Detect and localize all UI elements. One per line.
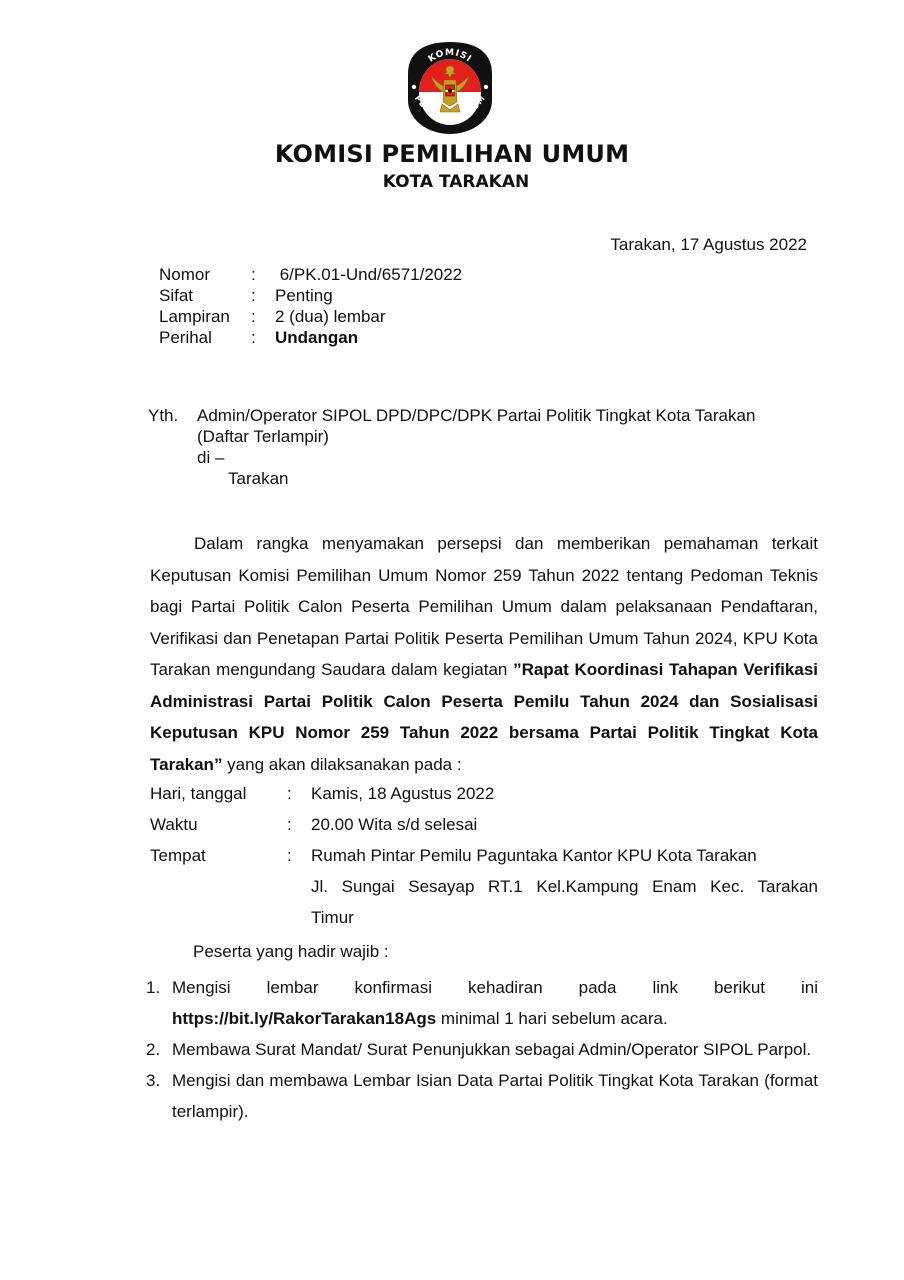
- address-di: di –: [197, 447, 755, 468]
- meta-label: Perihal: [159, 327, 251, 348]
- body-text-closing: yang akan dilaksanakan pada :: [222, 755, 461, 774]
- requirements-intro: Peserta yang hadir wajib :: [193, 942, 389, 962]
- org-title: KOMISI PEMILIHAN UMUM: [0, 140, 904, 168]
- schedule-label: Hari, tanggal: [150, 778, 287, 809]
- schedule-value: Rumah Pintar Pemilu Paguntaka Kantor KPU…: [311, 840, 818, 933]
- schedule-label: Waktu: [150, 809, 287, 840]
- schedule-value: 20.00 Wita s/d selesai: [311, 809, 818, 840]
- meta-colon: :: [251, 306, 275, 327]
- event-schedule: Hari, tanggal : Kamis, 18 Agustus 2022 W…: [150, 778, 818, 933]
- address-note: (Daftar Terlampir): [197, 426, 755, 447]
- list-item: 2. Membawa Surat Mandat/ Surat Penunjukk…: [146, 1034, 818, 1065]
- body-text-intro: Dalam rangka menyamakan persepsi dan mem…: [150, 534, 818, 679]
- list-item: 3. Mengisi dan membawa Lembar Isian Data…: [146, 1065, 818, 1127]
- list-text: Membawa Surat Mandat/ Surat Penunjukkan …: [172, 1034, 818, 1065]
- list-item: 1. Mengisi lembar konfirmasi kehadiran p…: [146, 972, 818, 1034]
- schedule-colon: :: [287, 809, 311, 840]
- meta-row-lampiran: Lampiran : 2 (dua) lembar: [159, 306, 462, 327]
- meta-colon: :: [251, 327, 275, 348]
- letter-body: Dalam rangka menyamakan persepsi dan mem…: [150, 528, 818, 780]
- meta-row-perihal: Perihal : Undangan: [159, 327, 462, 348]
- schedule-colon: :: [287, 840, 311, 933]
- meta-label: Nomor: [159, 264, 251, 285]
- schedule-row-time: Waktu : 20.00 Wita s/d selesai: [150, 809, 818, 840]
- meta-colon: :: [251, 264, 275, 285]
- meta-value: 2 (dua) lembar: [275, 306, 386, 327]
- list-number: 1.: [146, 972, 172, 1034]
- meta-label: Sifat: [159, 285, 251, 306]
- schedule-row-place: Tempat : Rumah Pintar Pemilu Paguntaka K…: [150, 840, 818, 933]
- meta-row-sifat: Sifat : Penting: [159, 285, 462, 306]
- schedule-value: Kamis, 18 Agustus 2022: [311, 778, 818, 809]
- org-subtitle: KOTA TARAKAN: [0, 172, 904, 192]
- list-text: minimal 1 hari sebelum acara.: [436, 1009, 667, 1028]
- schedule-colon: :: [287, 778, 311, 809]
- list-text: Mengisi lembar konfirmasi kehadiran pada…: [172, 972, 818, 1003]
- letter-meta: Nomor : 6/PK.01-Und/6571/2022 Sifat : Pe…: [159, 264, 462, 348]
- meta-value: 6/PK.01-Und/6571/2022: [275, 264, 462, 285]
- meta-value: Penting: [275, 285, 333, 306]
- meta-row-nomor: Nomor : 6/PK.01-Und/6571/2022: [159, 264, 462, 285]
- confirmation-link[interactable]: https://bit.ly/RakorTarakan18Ags: [172, 1009, 436, 1028]
- list-number: 3.: [146, 1065, 172, 1127]
- meta-colon: :: [251, 285, 275, 306]
- requirements-list: 1. Mengisi lembar konfirmasi kehadiran p…: [146, 972, 818, 1127]
- meta-label: Lampiran: [159, 306, 251, 327]
- address-prefix: Yth.: [148, 405, 178, 426]
- schedule-row-date: Hari, tanggal : Kamis, 18 Agustus 2022: [150, 778, 818, 809]
- letter-date: Tarakan, 17 Agustus 2022: [610, 235, 807, 255]
- list-number: 2.: [146, 1034, 172, 1065]
- address-city: Tarakan: [197, 468, 755, 489]
- meta-value: Undangan: [275, 327, 358, 348]
- schedule-label: Tempat: [150, 840, 287, 933]
- address-recipient: Admin/Operator SIPOL DPD/DPC/DPK Partai …: [197, 405, 755, 426]
- kpu-logo-icon: KOMISI PEMILIHAN UMUM: [406, 40, 494, 136]
- list-text: Mengisi dan membawa Lembar Isian Data Pa…: [172, 1065, 818, 1127]
